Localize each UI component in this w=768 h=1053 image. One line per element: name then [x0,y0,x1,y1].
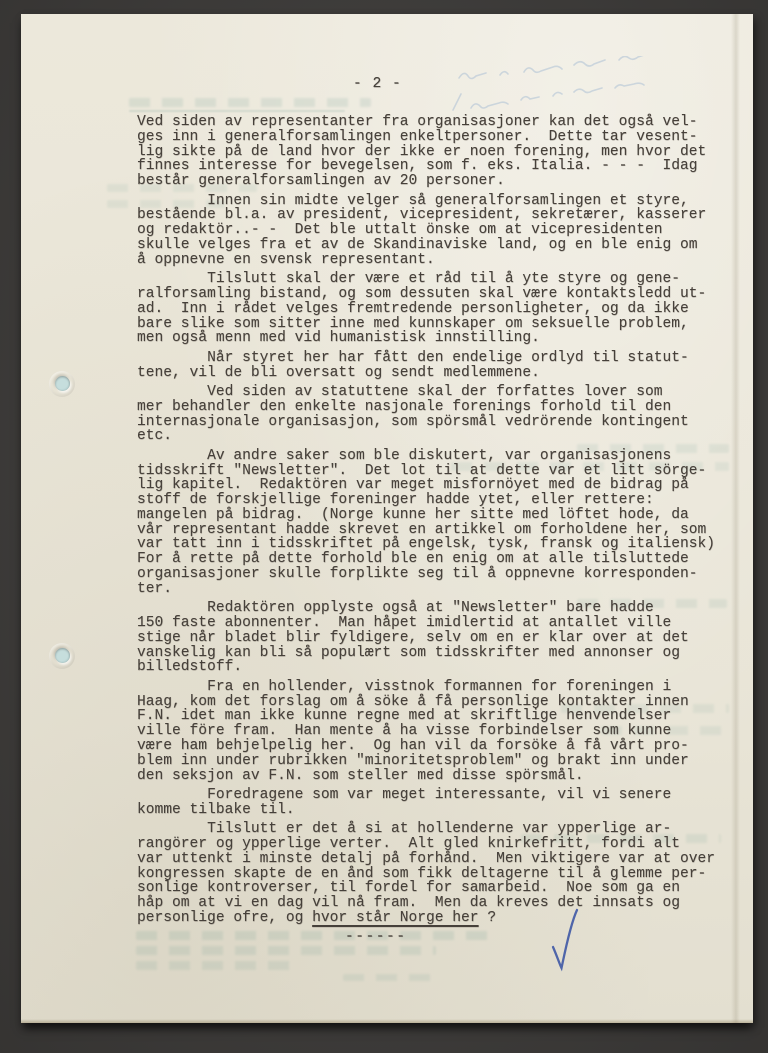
page-number: - 2 - [353,76,402,92]
bleedthrough-text [343,974,431,981]
paragraph: Fra en hollender, visstnok formannen for… [137,680,733,784]
paragraph: Innen sin midte velger så generalforsaml… [137,194,733,268]
checkmark-icon [548,905,582,977]
paragraph: Av andre saker som ble diskutert, var or… [137,449,733,597]
paragraph: Foredragene som var meget interessante, … [137,788,733,818]
typed-body: Ved siden av representanter fra organisa… [137,115,733,945]
closing-question-mark: ? [479,910,497,926]
paragraph: Tilslutt skal der være et råd til å yte … [137,272,733,346]
end-divider: ------ [137,930,733,945]
closing-paragraph: Tilslutt er det å si at hollenderne var … [137,822,733,926]
scanned-page: - 2 - Ved siden av representanter fra or… [21,14,753,1023]
punch-hole-top [55,376,70,391]
punch-hole-bottom [55,648,70,663]
paragraph: Ved siden av representanter fra organisa… [137,115,733,189]
underlined-phrase: hvor står Norge her [312,910,478,926]
paragraph: Redaktören opplyste også at "Newsletter"… [137,601,733,675]
bleedthrough-text [136,961,294,970]
bleedthrough-underline [129,110,345,112]
handwritten-annotation [441,56,751,122]
bleedthrough-text [136,946,436,955]
bleedthrough-text [129,98,371,107]
page-bottom-edge [21,1019,753,1023]
paragraph: Ved siden av statuttene skal der forfatt… [137,385,733,444]
paragraph: Når styret her har fått den endelige ord… [137,351,733,381]
